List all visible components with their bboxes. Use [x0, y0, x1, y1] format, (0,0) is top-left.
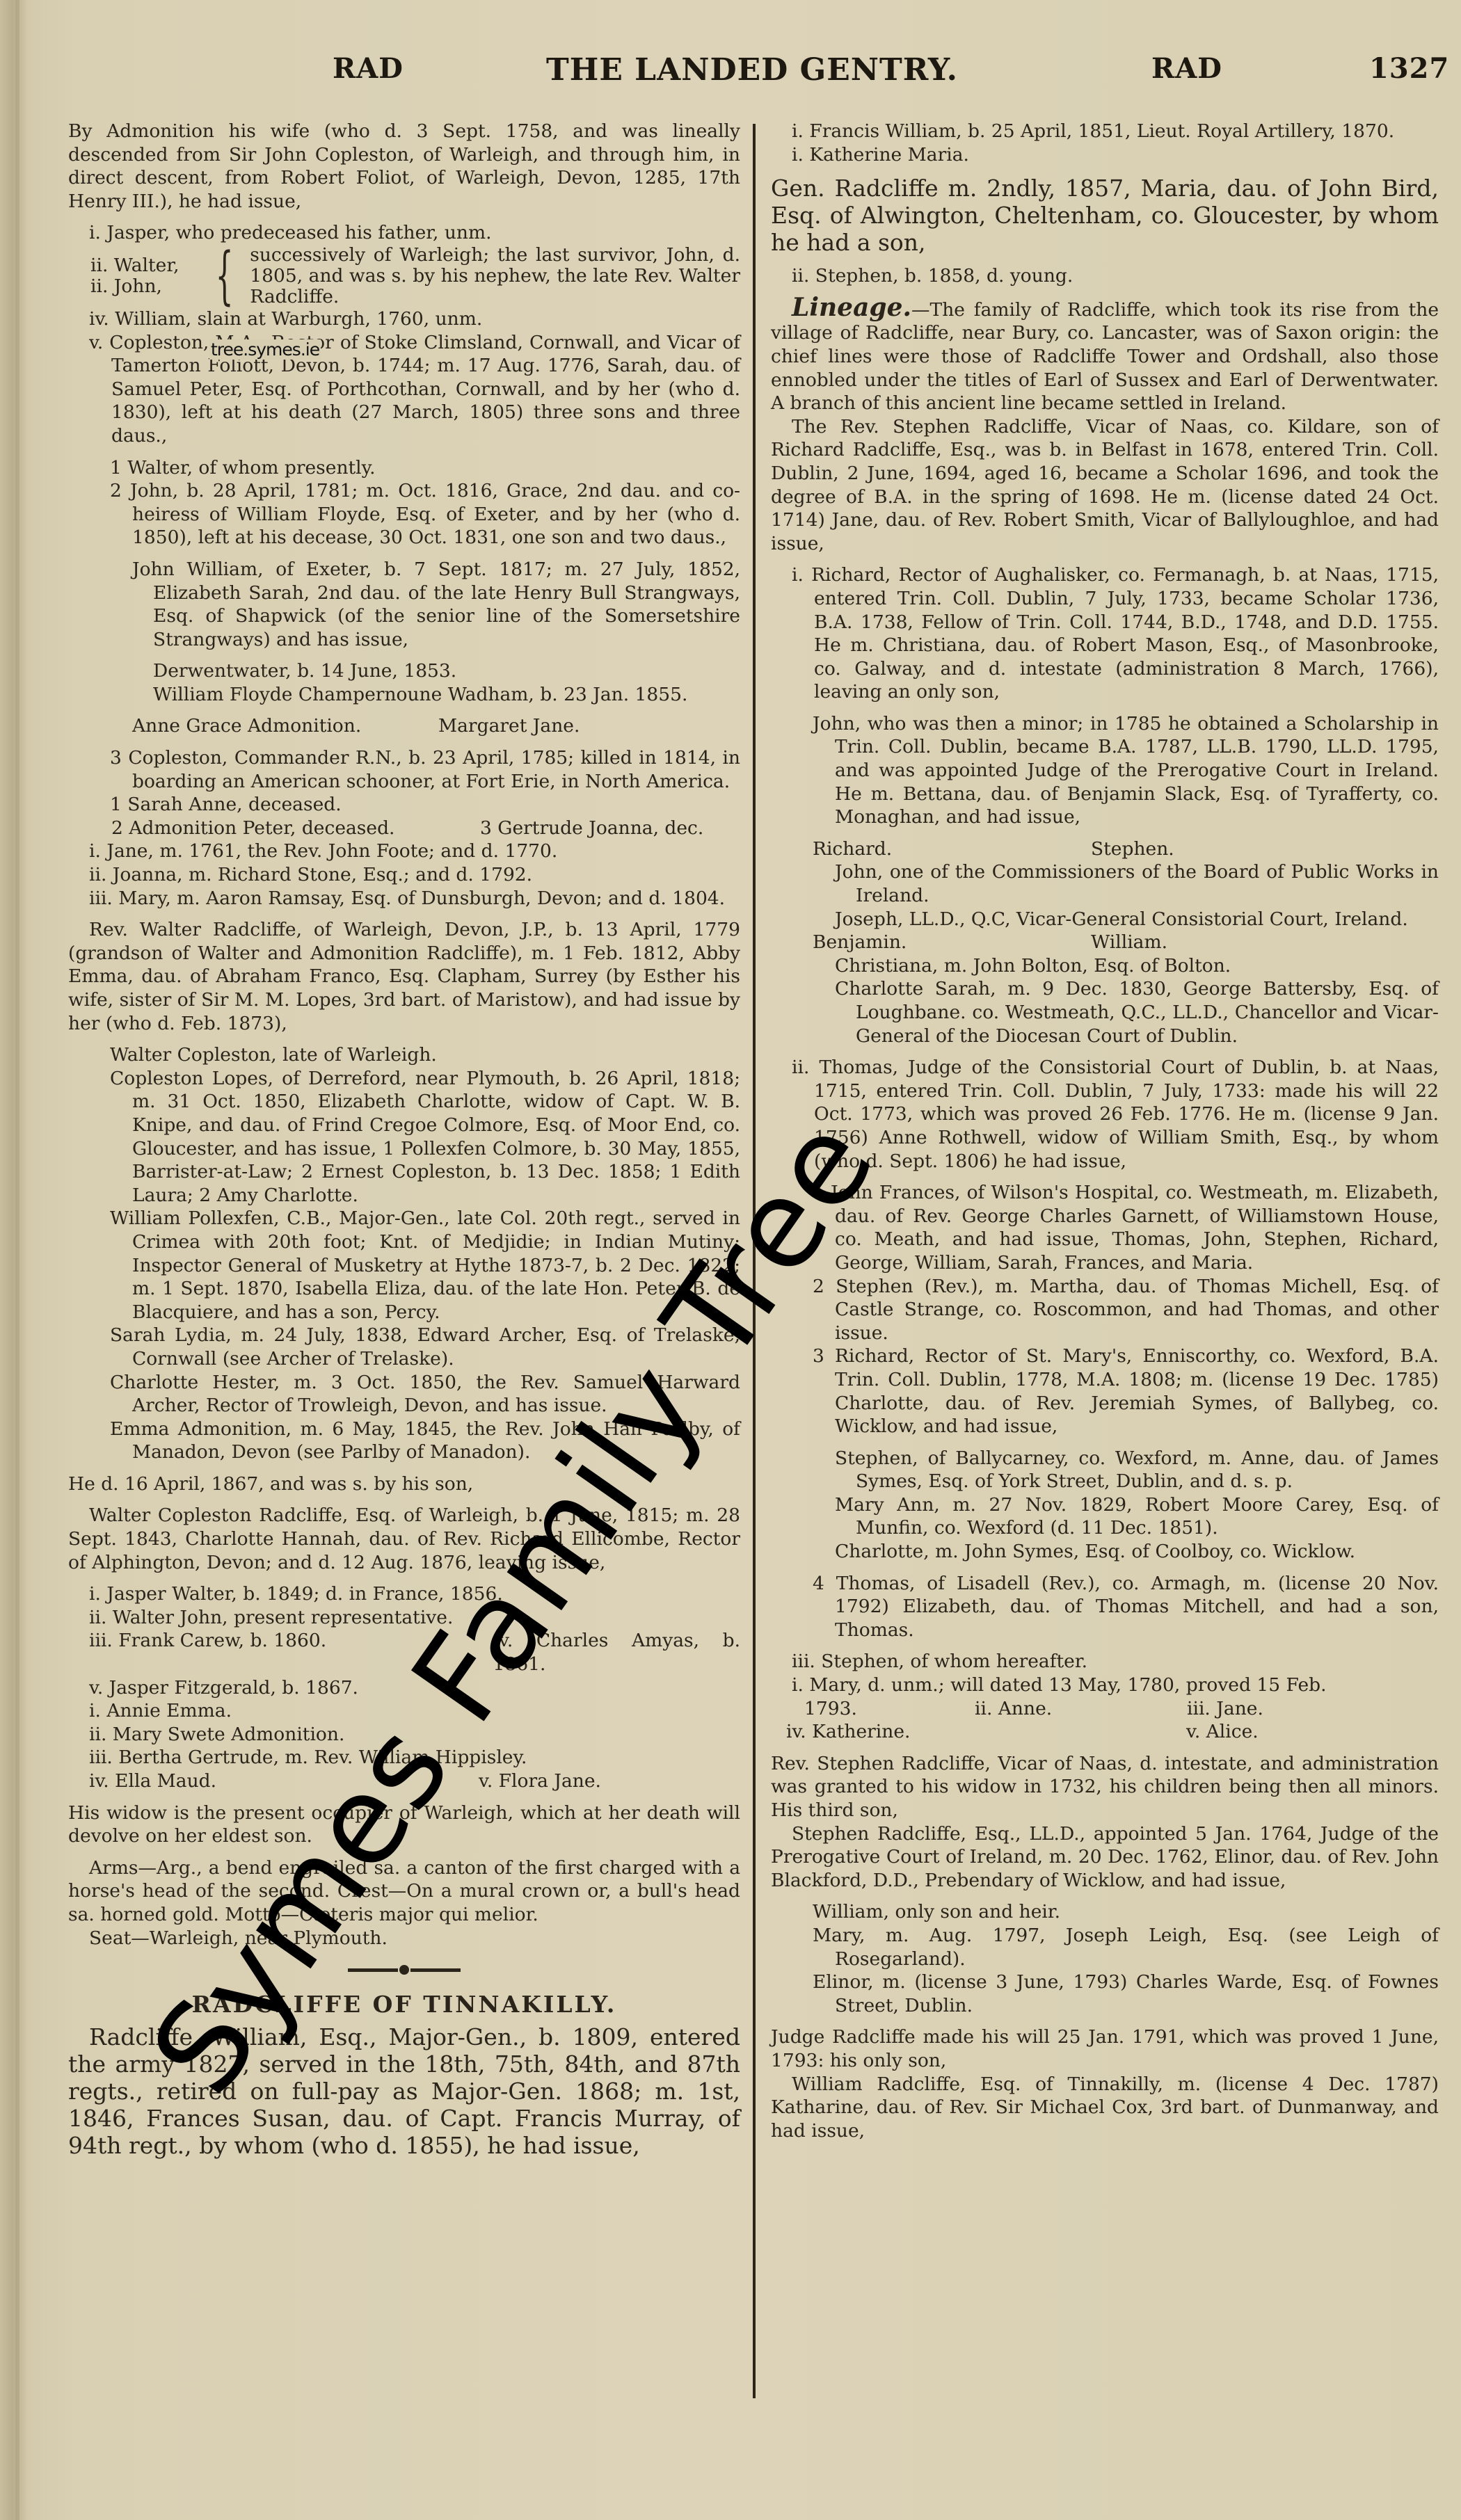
katherine-maria: i. Katherine Maria. — [771, 143, 1439, 167]
lineage-paragraph: Lineage.—The family of Radcliffe, which … — [771, 296, 1439, 415]
wc-daughter-ii: ii. Mary Swete Admonition. — [68, 1723, 740, 1747]
lineage-heading: Lineage. — [792, 293, 911, 322]
he-died: He d. 16 April, 1867, and was s. by his … — [68, 1472, 740, 1496]
wc-sons-row: iii. Frank Carew, b. 1860. iv. Charles A… — [68, 1629, 740, 1676]
brace-text: successively of Warleigh; the last survi… — [250, 245, 740, 307]
rw-child-6: Emma Admonition, m. 6 May, 1845, the Rev… — [68, 1418, 740, 1464]
sl-william: William, only son and heir. — [771, 1900, 1439, 1924]
granddaughters-row: 2 Admonition Peter, deceased. 3 Gertrude… — [68, 817, 740, 840]
grandchild-2: 2 John, b. 28 April, 1781; m. Oct. 1816,… — [68, 479, 740, 549]
wc-son-iii: iii. Frank Carew, b. 1860. — [89, 1629, 493, 1676]
column-divider — [753, 124, 756, 2398]
wc-daughter-v: v. Flora Jane. — [479, 1769, 601, 1793]
walter-copleston-paragraph: Walter Copleston Radcliffe, Esq. of Warl… — [68, 1504, 740, 1574]
jc-benjamin: Benjamin. — [813, 931, 1091, 954]
second-marriage: Gen. Radcliffe m. 2ndly, 1857, Maria, da… — [771, 175, 1439, 256]
rev-stephen-paragraph: The Rev. Stephen Radcliffe, Vicar of Naa… — [771, 415, 1439, 556]
daughters-row: Anne Grace Admonition. Margaret Jane. — [68, 714, 740, 738]
watermark-url: tree.symes.ie — [209, 339, 321, 360]
wc-daughter-iii: iii. Bertha Gertrude, m. Rev. William Hi… — [68, 1746, 740, 1769]
jc-william: William. — [1091, 931, 1167, 954]
jc-charlotte-sarah: Charlotte Sarah, m. 9 Dec. 1830, George … — [771, 977, 1439, 1048]
mary-year: 1793. — [804, 1697, 975, 1721]
son-iv: iv. William, slain at Warburgh, 1760, un… — [68, 307, 740, 331]
anne-ii: ii. Anne. — [975, 1697, 1187, 1721]
stephen-lld-paragraph: Stephen Radcliffe, Esq., LL.D., appointe… — [771, 1822, 1439, 1893]
wc-son-ii: ii. Walter John, present representative. — [68, 1606, 740, 1630]
rw-child-5: Charlotte Hester, m. 3 Oct. 1850, the Re… — [68, 1371, 740, 1418]
granddaughter-1: 1 Sarah Anne, deceased. — [68, 793, 740, 817]
rw-child-4: Sarah Lydia, m. 24 July, 1838, Edward Ar… — [68, 1324, 740, 1370]
son-v: v. Copleston, M.A., Rector of Stoke Clim… — [68, 331, 740, 448]
running-header: RAD THE LANDED GENTRY. RAD 1327 — [0, 52, 1461, 94]
seat-line: Seat—Warleigh, near Plymouth. — [68, 1927, 740, 1950]
book-binding-shadow — [15, 0, 19, 2520]
wc-son-v: v. Jasper Fitzgerald, b. 1867. — [68, 1676, 740, 1700]
wc-daughters-row: iv. Ella Maud. v. Flora Jane. — [68, 1769, 740, 1793]
son-ii-john: ii. John, — [90, 276, 202, 297]
son-ii-walter: ii. Walter, — [90, 255, 202, 276]
derwentwater: Derwentwater, b. 14 June, 1853. — [68, 659, 740, 683]
rw-child-3: William Pollexfen, C.B., Major-Gen., lat… — [68, 1207, 740, 1324]
francis-william: i. Francis William, b. 25 April, 1851, L… — [771, 120, 1439, 143]
tc-3: 3 Richard, Rector of St. Mary's, Ennisco… — [771, 1345, 1439, 1438]
left-guide-word: RAD — [333, 52, 404, 85]
grandchild-3: 3 Copleston, Commander R.N., b. 23 April… — [68, 746, 740, 793]
rc-mary-ann: Mary Ann, m. 27 Nov. 1829, Robert Moore … — [771, 1493, 1439, 1540]
page-number: 1327 — [1369, 52, 1449, 85]
wc-daughter-iv: iv. Ella Maud. — [89, 1769, 479, 1793]
brace-group: ii. Walter, ii. John, { successively of … — [68, 245, 740, 307]
jc-christiana: Christiana, m. John Bolton, Esq. of Bolt… — [771, 954, 1439, 978]
rw-child-1: Walter Copleston, late of Warleigh. — [68, 1043, 740, 1067]
granddaughter-3: 3 Gertrude Joanna, dec. — [480, 817, 703, 840]
wc-son-i: i. Jasper Walter, b. 1849; d. in France,… — [68, 1582, 740, 1606]
stephen-young: ii. Stephen, b. 1858, d. young. — [771, 264, 1439, 288]
judge-will: Judge Radcliffe made his will 25 Jan. 17… — [771, 2025, 1439, 2072]
rc-charlotte: Charlotte, m. John Symes, Esq. of Coolbo… — [771, 1540, 1439, 1564]
rev-stephen-death: Rev. Stephen Radcliffe, Vicar of Naas, d… — [771, 1752, 1439, 1822]
rev-walter-paragraph: Rev. Walter Radcliffe, of Warleigh, Devo… — [68, 918, 740, 1035]
left-column: By Admonition his wife (who d. 3 Sept. 1… — [68, 120, 740, 2159]
wc-son-iv: iv. Charles Amyas, b. 1861. — [493, 1629, 740, 1676]
william-floyde: William Floyde Champernoune Wadham, b. 2… — [68, 683, 740, 707]
tinnakilly-paragraph: Radcliffe, William, Esq., Major-Gen., b.… — [68, 2023, 740, 2159]
daughter-iii: iii. Mary, m. Aaron Ramsay, Esq. of Duns… — [68, 887, 740, 910]
william-tinnakilly: William Radcliffe, Esq. of Tinnakilly, m… — [771, 2073, 1439, 2143]
brace-glyph: { — [216, 245, 234, 307]
tc-1: 1 John Frances, of Wilson's Hospital, co… — [771, 1181, 1439, 1274]
john-sons-row-2: Benjamin. William. — [771, 931, 1439, 954]
stephen-iii: iii. Stephen, of whom hereafter. — [771, 1650, 1439, 1674]
katherine-iv: iv. Katherine. — [786, 1720, 1186, 1744]
book-title: THE LANDED GENTRY. — [546, 52, 958, 88]
thomas-ii: ii. Thomas, Judge of the Consistorial Co… — [771, 1056, 1439, 1173]
wc-daughter-i: i. Annie Emma. — [68, 1699, 740, 1723]
john-sons-row-1: Richard. Stephen. — [771, 837, 1439, 861]
grandchild-1: 1 Walter, of whom presently. — [68, 456, 740, 480]
jc-joseph: Joseph, LL.D., Q.C, Vicar-General Consis… — [771, 908, 1439, 931]
jc-richard: Richard. — [813, 837, 1091, 861]
alice-v: v. Alice. — [1186, 1720, 1259, 1744]
anne-grace: Anne Grace Admonition. — [132, 714, 438, 738]
section-title: RADCLIFFE OF TINNAKILLY. — [68, 1993, 740, 2016]
rw-child-2: Copleston Lopes, of Derreford, near Plym… — [68, 1067, 740, 1207]
granddaughter-2: 2 Admonition Peter, deceased. — [111, 817, 480, 840]
jc-john: John, one of the Commissioners of the Bo… — [771, 860, 1439, 907]
john-minor: John, who was then a minor; in 1785 he o… — [771, 712, 1439, 829]
tc-4: 4 Thomas, of Lisadell (Rev.), co. Armagh… — [771, 1572, 1439, 1642]
daughters-row-1: 1793. ii. Anne. iii. Jane. — [771, 1697, 1439, 1721]
arms-paragraph: Arms—Arg., a bend engrailed sa. a canton… — [68, 1856, 740, 1927]
right-guide-word: RAD — [1151, 52, 1222, 85]
son-i: i. Jasper, who predeceased his father, u… — [68, 221, 740, 245]
jane-iii: iii. Jane. — [1187, 1697, 1263, 1721]
book-page: RAD THE LANDED GENTRY. RAD 1327 By Admon… — [0, 0, 1461, 2520]
rc-stephen: Stephen, of Ballycarney, co. Wexford, m.… — [771, 1447, 1439, 1493]
tc-2: 2 Stephen (Rev.), m. Martha, dau. of Tho… — [771, 1275, 1439, 1345]
daughters-row-2: iv. Katherine. v. Alice. — [771, 1720, 1439, 1744]
sl-elinor: Elinor, m. (license 3 June, 1793) Charle… — [771, 1971, 1439, 2017]
widow-paragraph: His widow is the present occupier of War… — [68, 1801, 740, 1848]
right-column: i. Francis William, b. 25 April, 1851, L… — [771, 120, 1439, 2142]
jc-stephen: Stephen. — [1091, 837, 1174, 861]
john-william: John William, of Exeter, b. 7 Sept. 1817… — [68, 558, 740, 651]
daughter-i: i. Jane, m. 1761, the Rev. John Foote; a… — [68, 840, 740, 863]
section-ornament — [68, 1965, 740, 1975]
daughter-ii: ii. Joanna, m. Richard Stone, Esq.; and … — [68, 863, 740, 887]
richard-i: i. Richard, Rector of Aughalisker, co. F… — [771, 563, 1439, 704]
intro-paragraph: By Admonition his wife (who d. 3 Sept. 1… — [68, 120, 740, 213]
margaret-jane: Margaret Jane. — [438, 714, 580, 738]
sl-mary: Mary, m. Aug. 1797, Joseph Leigh, Esq. (… — [771, 1924, 1439, 1971]
mary-i: i. Mary, d. unm.; will dated 13 May, 178… — [771, 1674, 1439, 1697]
